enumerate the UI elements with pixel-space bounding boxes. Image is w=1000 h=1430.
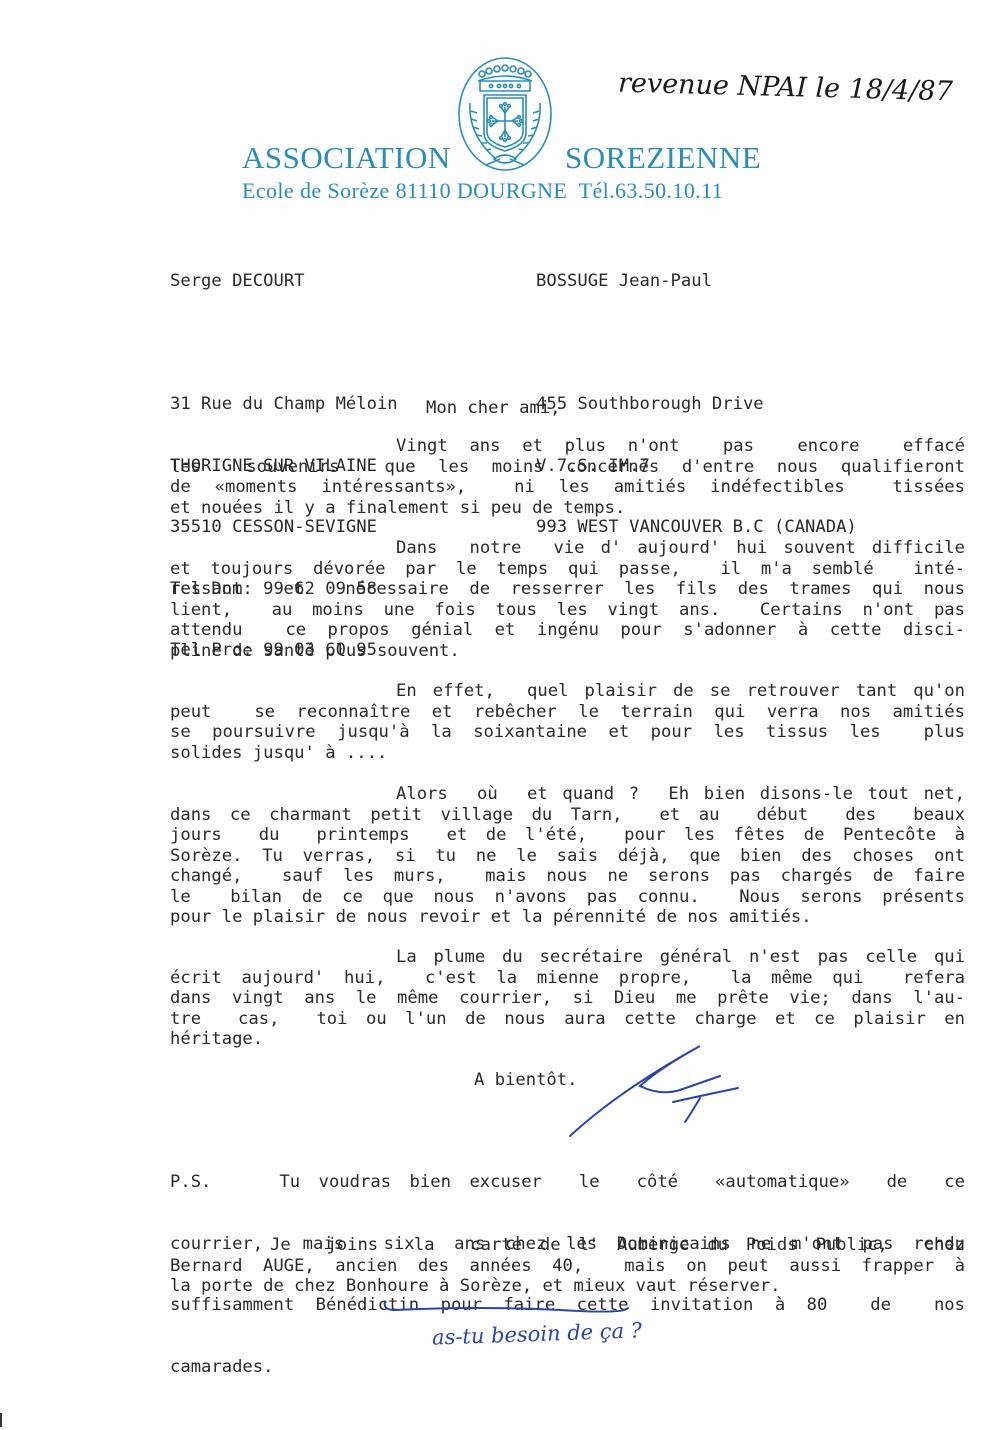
paragraph-line: se poursuivre jusqu'à la soixantaine et … <box>170 722 965 743</box>
paragraph-line: peut se reconnaître et rebêcher le terra… <box>170 702 965 723</box>
letterhead-name-left: ASSOCIATION <box>242 140 451 176</box>
paragraph-line: Bernard AUGE, ancien des années 40, mais… <box>170 1256 965 1277</box>
sender-name: Serge DECOURT <box>170 271 398 292</box>
paragraph-line: tre cas, toi ou l'un de nous aura cette … <box>170 1009 965 1030</box>
paragraph-line: changé, sauf les murs, mais nous ne sero… <box>170 866 965 887</box>
paragraph-line: pline de santé plus souvent. <box>170 641 965 662</box>
paragraph-line: Alors où et quand ? Eh bien disons-le to… <box>170 784 965 805</box>
paragraph-line: Je joins la carte de l' Auberge du Poids… <box>170 1235 965 1256</box>
handwritten-note-top: revenue NPAI le 18/4/87 <box>618 68 954 108</box>
paragraph-line: Vingt ans et plus n'ont pas encore effac… <box>170 436 965 457</box>
paragraph-line: solides jusqu' à .... <box>170 743 965 764</box>
paragraph-line: les souvenirs que les moins concernés d'… <box>170 457 965 478</box>
paragraph-line: attendu ce propos génial et ingénu pour … <box>170 620 965 641</box>
salutation: Mon cher ami, <box>426 398 561 419</box>
letterhead-name-right: SOREZIENNE <box>565 140 761 176</box>
paragraph-line: et nouées il y a finalement si peu de te… <box>170 498 965 519</box>
paragraph-line: dans ce charmant petit village du Tarn, … <box>170 805 965 826</box>
paragraph-line: Sorèze. Tu verras, si tu ne le sais déjà… <box>170 846 965 867</box>
paragraph-line: La plume du secrétaire général n'est pas… <box>170 947 965 968</box>
postscript-first-line: Tu voudras bien excuser le côté «automat… <box>279 1172 965 1193</box>
paragraph-line: écrit aujourd' hui, c'est la mienne prop… <box>170 968 965 989</box>
paragraph-line: jours du printemps et de l'été, pour les… <box>170 825 965 846</box>
paragraph-line: héritage. <box>170 1029 965 1050</box>
scan-margin-mark <box>0 1413 2 1427</box>
recipient-address-line: 993 WEST VANCOUVER B.C (CANADA) <box>536 517 857 538</box>
paragraph-line: la porte de chez Bonhoure à Sorèze, et m… <box>170 1276 965 1297</box>
recipient-block: BOSSUGE Jean-Paul 455 Southborough Drive… <box>536 230 857 579</box>
paragraph-line: ressant et nécessaire de resserrer les f… <box>170 579 965 600</box>
closing: A bientôt. <box>474 1070 577 1091</box>
paragraph: Dans notre vie d' aujourd' hui souvent d… <box>170 538 965 661</box>
paragraph-line: Dans notre vie d' aujourd' hui souvent d… <box>170 538 965 559</box>
recipient-name: BOSSUGE Jean-Paul <box>536 271 857 292</box>
paragraph-line: et toujours dévorée par le temps qui pas… <box>170 559 965 580</box>
postscript-line: camarades. <box>170 1357 965 1378</box>
coat-of-arms-icon <box>456 55 554 173</box>
final-paragraph: Je joins la carte de l' Auberge du Poids… <box>170 1235 965 1297</box>
paragraph: La plume du secrétaire général n'est pas… <box>170 947 965 1050</box>
paragraph: Alors où et quand ? Eh bien disons-le to… <box>170 784 965 928</box>
postscript-label: P.S. <box>170 1172 211 1193</box>
paragraph-line: En effet, quel plaisir de se retrouver t… <box>170 681 965 702</box>
recipient-address-line: 455 Southborough Drive <box>536 394 857 415</box>
paragraph: En effet, quel plaisir de se retrouver t… <box>170 681 965 763</box>
letterhead-address: Ecole de Sorèze 81110 DOURGNE Tél.63.50.… <box>242 178 723 204</box>
letter-page: ASSOCIATION SOREZIENNE Ecole de Sorèze 8… <box>0 0 1000 1430</box>
postscript-line: suffisamment Bénédictin pour faire cette… <box>170 1295 965 1316</box>
paragraph: Vingt ans et plus n'ont pas encore effac… <box>170 436 965 518</box>
paragraph-line: lient, au moins une fois tous les vingt … <box>170 600 965 621</box>
paragraph-line: le bilan de ce que nous n'avons pas conn… <box>170 887 965 908</box>
sender-address-line: 31 Rue du Champ Méloin <box>170 394 398 415</box>
paragraph-line: de «moments intéressants», ni les amitié… <box>170 477 965 498</box>
paragraph-line: pour le plaisir de nous revoir et la pér… <box>170 907 965 928</box>
sender-address-line: 35510 CESSON-SEVIGNE <box>170 517 398 538</box>
paragraph-line: dans vingt ans le même courrier, si Dieu… <box>170 988 965 1009</box>
signature-icon <box>570 1046 738 1136</box>
